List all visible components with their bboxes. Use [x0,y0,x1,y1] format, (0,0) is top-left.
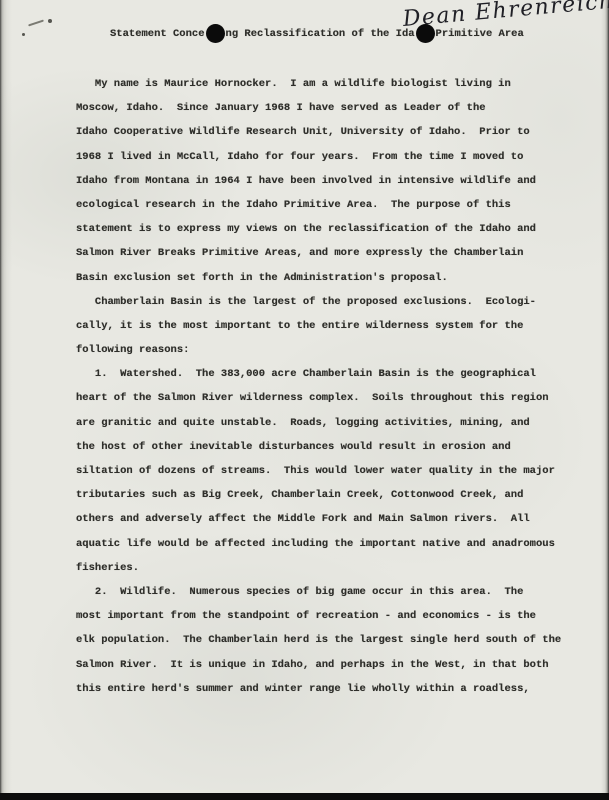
text-line: this entire herd's summer and winter ran… [76,677,576,701]
scan-edge-left [0,0,12,800]
title-segment: ng Reclassification of the Ida [226,28,415,40]
title-segment: Statement Conce [110,28,205,40]
scan-edge-bottom [0,793,609,800]
text-line: following reasons: [76,338,576,362]
text-line: Salmon River Breaks Primitive Areas, and… [76,241,576,265]
text-line: siltation of dozens of streams. This wou… [76,459,576,483]
text-line: heart of the Salmon River wilderness com… [76,386,576,410]
redaction-dot [206,24,225,43]
text-line: statement is to express my views on the … [76,217,576,241]
text-line: 1968 I lived in McCall, Idaho for four y… [76,145,576,169]
paper-speck [22,33,25,36]
document-body: My name is Maurice Hornocker. I am a wil… [76,72,576,701]
title-segment: Primitive Area [436,28,524,40]
text-line: 1. Watershed. The 383,000 acre Chamberla… [76,362,576,386]
paper-speck [48,19,52,23]
text-line: Chamberlain Basin is the largest of the … [76,290,576,314]
text-line: aquatic life would be affected including… [76,532,576,556]
text-line: cally, it is the most important to the e… [76,314,576,338]
text-line: Moscow, Idaho. Since January 1968 I have… [76,96,576,120]
text-line: the host of other inevitable disturbance… [76,435,576,459]
redaction-dot [416,24,435,43]
text-line: tributaries such as Big Creek, Chamberla… [76,483,576,507]
scanned-page: Dean Ehrenreich Statement Conce ng Recla… [0,0,609,800]
document-title: Statement Conce ng Reclassification of t… [110,24,524,43]
text-line: 2. Wildlife. Numerous species of big gam… [76,580,576,604]
scan-edge-right [601,0,609,800]
text-line: others and adversely affect the Middle F… [76,507,576,531]
paper-speck [28,20,44,27]
text-line: Idaho Cooperative Wildlife Research Unit… [76,120,576,144]
text-line: elk population. The Chamberlain herd is … [76,628,576,652]
text-line: Salmon River. It is unique in Idaho, and… [76,653,576,677]
text-line: My name is Maurice Hornocker. I am a wil… [76,72,576,96]
text-line: ecological research in the Idaho Primiti… [76,193,576,217]
text-line: are granitic and quite unstable. Roads, … [76,411,576,435]
text-line: Idaho from Montana in 1964 I have been i… [76,169,576,193]
text-line: Basin exclusion set forth in the Adminis… [76,266,576,290]
text-line: most important from the standpoint of re… [76,604,576,628]
text-line: fisheries. [76,556,576,580]
